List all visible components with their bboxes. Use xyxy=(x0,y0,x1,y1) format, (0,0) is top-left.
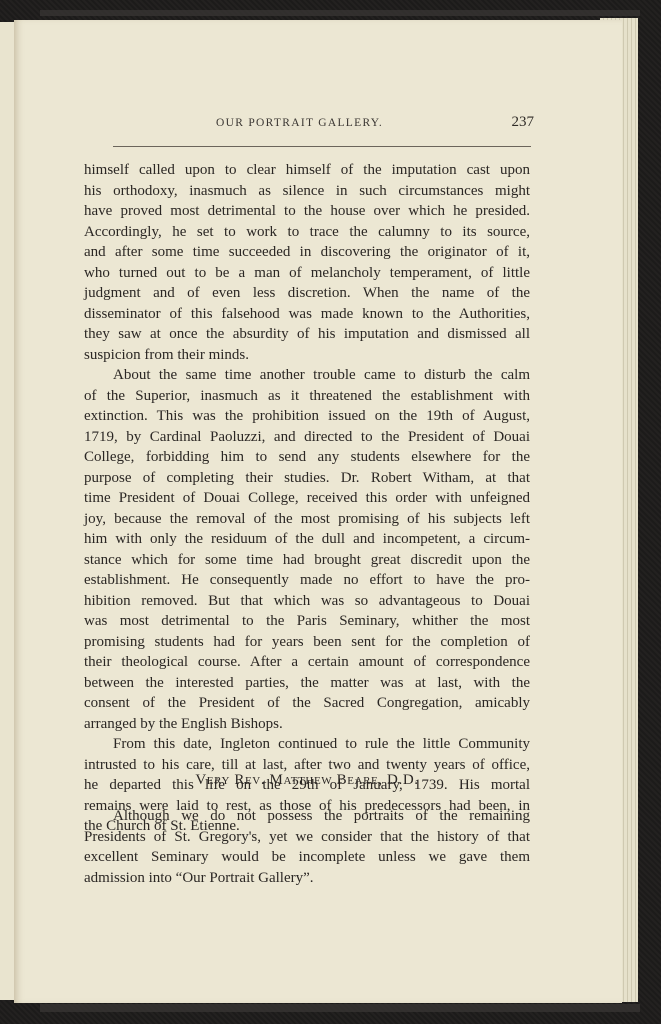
text-line: promising students had for years been se… xyxy=(84,632,530,653)
text-line: who turned out to be a man of melancholy… xyxy=(84,263,530,284)
text-line: extinction. This was the prohibition iss… xyxy=(84,406,530,427)
text-line: hibition removed. But that which was so … xyxy=(84,591,530,612)
text-line: judgment and of even less discretion. Wh… xyxy=(84,283,530,304)
running-title: OUR PORTRAIT GALLERY. xyxy=(216,117,383,129)
text-line: time President of Douai College, receive… xyxy=(84,488,530,509)
text-line: consent of the President of the Sacred C… xyxy=(84,693,530,714)
text-line: College, forbidding him to send any stud… xyxy=(84,447,530,468)
text-line: and after some time succeeded in discove… xyxy=(84,242,530,263)
running-head: OUR PORTRAIT GALLERY. 237 xyxy=(216,117,534,137)
text-line: 1719, by Cardinal Paoluzzi, and directed… xyxy=(84,427,530,448)
text-line: him with only the residuum of the dull a… xyxy=(84,529,530,550)
paragraph-start-line: About the same time another trouble came… xyxy=(84,365,530,386)
section-heading: Very Rev. Matthew Beare, D.D. xyxy=(84,772,530,789)
text-line: of the Superior, inasmuch as it threaten… xyxy=(84,386,530,407)
text-line: stance which for some time had brought g… xyxy=(84,550,530,571)
text-line: admission into “Our Portrait Gallery”. xyxy=(84,868,530,889)
text-line: his orthodoxy, inasmuch as silence in su… xyxy=(84,181,530,202)
text-line: Presidents of St. Gregory's, yet we cons… xyxy=(84,827,530,848)
text-line: excellent Seminary would be incomplete u… xyxy=(84,847,530,868)
section-body-text: Although we do not possess the portraits… xyxy=(84,806,530,888)
header-rule xyxy=(113,146,531,147)
cover-edge-bottom xyxy=(40,1004,640,1012)
text-line: have proved most detrimental to the hous… xyxy=(84,201,530,222)
text-line: suspicion from their minds. xyxy=(84,345,530,366)
text-line: they saw at once the absurdity of his im… xyxy=(84,324,530,345)
paragraph-start-line: From this date, Ingleton continued to ru… xyxy=(84,734,530,755)
text-line: disseminator of this falsehood was made … xyxy=(84,304,530,325)
text-line: was most detrimental to the Paris Semina… xyxy=(84,611,530,632)
paragraph-start-line: Although we do not possess the portraits… xyxy=(84,806,530,827)
text-line: himself called upon to clear himself of … xyxy=(84,160,530,181)
text-line: joy, because the removal of the most pro… xyxy=(84,509,530,530)
facing-page-edge xyxy=(0,22,15,1000)
text-line: purpose of completing their studies. Dr.… xyxy=(84,468,530,489)
text-line: establishment. He consequently made no e… xyxy=(84,570,530,591)
cover-edge-top xyxy=(40,10,640,16)
text-line: their theological course. After a certai… xyxy=(84,652,530,673)
text-line: arranged by the English Bishops. xyxy=(84,714,530,735)
page-number: 237 xyxy=(512,114,535,131)
text-line: between the interested parties, the matt… xyxy=(84,673,530,694)
body-text: himself called upon to clear himself of … xyxy=(84,160,530,837)
text-line: Accordingly, he set to work to trace the… xyxy=(84,222,530,243)
